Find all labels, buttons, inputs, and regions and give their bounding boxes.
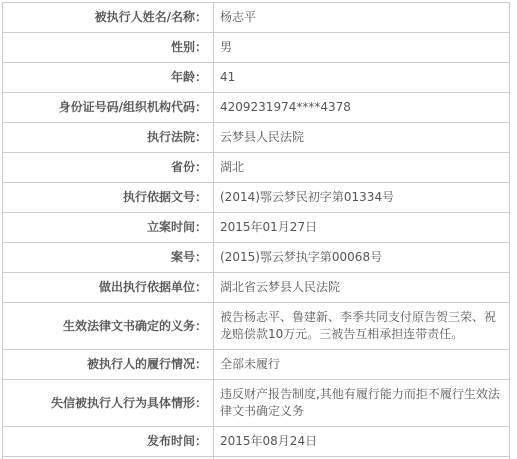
field-value: 4209231974****4378: [214, 93, 510, 123]
field-label: 生效法律文书确定的义务：: [3, 303, 214, 350]
field-label: 身份证号码/组织机构代码：: [3, 93, 214, 123]
field-label: 发布时间：: [3, 427, 214, 457]
table-row: 执行法院： 云梦县人民法院: [3, 123, 510, 153]
field-label: 被执行人姓名/名称：: [3, 3, 214, 33]
field-value: 2015年01月27日: [214, 213, 510, 243]
field-value: 2015年08月24日: [214, 427, 510, 457]
field-value: 全部未履行: [214, 350, 510, 380]
table-row: 被执行人姓名/名称： 杨志平: [3, 3, 510, 33]
table-row: 失信被执行人行为具体情形： 违反财产报告制度,其他有履行能力而拒不履行生效法律文…: [3, 380, 510, 427]
field-value: 男: [214, 33, 510, 63]
field-value: 云梦县人民法院: [214, 123, 510, 153]
table-row: 立案时间： 2015年01月27日: [3, 213, 510, 243]
table-row: 发布时间： 2015年08月24日: [3, 427, 510, 457]
debtor-info-table: 被执行人姓名/名称： 杨志平 性别： 男 年龄： 41 身份证号码/组织机构代码…: [2, 2, 510, 459]
field-value: (2014)鄂云梦民初字第01334号: [214, 183, 510, 213]
field-label: 执行依据文号：: [3, 183, 214, 213]
field-label: 案号：: [3, 243, 214, 273]
field-label: 失信被执行人行为具体情形：: [3, 380, 214, 427]
field-value: 湖北: [214, 153, 510, 183]
field-label: 年龄：: [3, 63, 214, 93]
field-value: 41: [214, 63, 510, 93]
table-row: 被执行人的履行情况： 全部未履行: [3, 350, 510, 380]
field-label: 被执行人的履行情况：: [3, 350, 214, 380]
field-value: 湖北省云梦县人民法院: [214, 273, 510, 303]
table-row: 身份证号码/组织机构代码： 4209231974****4378: [3, 93, 510, 123]
table-row: 做出执行依据单位： 湖北省云梦县人民法院: [3, 273, 510, 303]
table-row: 执行依据文号： (2014)鄂云梦民初字第01334号: [3, 183, 510, 213]
field-label: 省份：: [3, 153, 214, 183]
table-row: 年龄： 41: [3, 63, 510, 93]
table-row: 省份： 湖北: [3, 153, 510, 183]
field-label: 执行法院：: [3, 123, 214, 153]
table-row: 性别： 男: [3, 33, 510, 63]
field-label: 性别：: [3, 33, 214, 63]
table-row: 案号： (2015)鄂云梦执字第00068号: [3, 243, 510, 273]
field-label: 立案时间：: [3, 213, 214, 243]
field-value: 被告杨志平、鲁建新、李季共同支付原告贺三荣、祝龙赔偿款10万元。三被告互相承担连…: [214, 303, 510, 350]
field-value: 杨志平: [214, 3, 510, 33]
field-value: (2015)鄂云梦执字第00068号: [214, 243, 510, 273]
field-label: 做出执行依据单位：: [3, 273, 214, 303]
table-row: 生效法律文书确定的义务： 被告杨志平、鲁建新、李季共同支付原告贺三荣、祝龙赔偿款…: [3, 303, 510, 350]
field-value: 违反财产报告制度,其他有履行能力而拒不履行生效法律文书确定义务: [214, 380, 510, 427]
